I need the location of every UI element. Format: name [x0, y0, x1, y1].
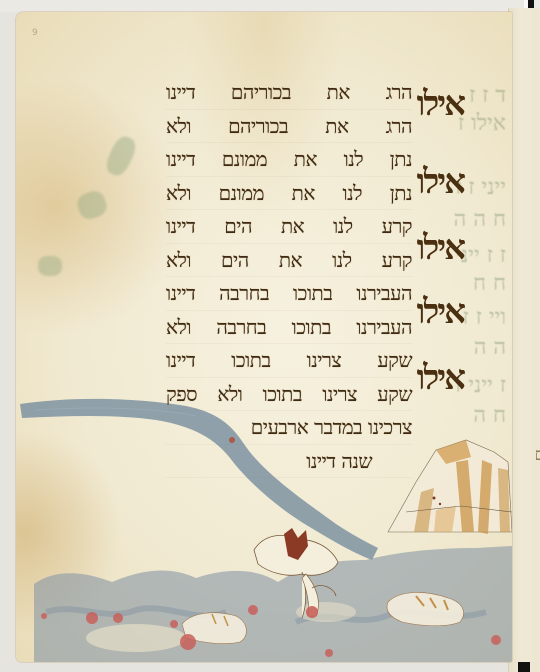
- adjacent-page-text: עיר מרא יי שרת מצו ברם שרם ושם מקה אלהם: [513, 64, 540, 472]
- ilu-word: אילו: [417, 162, 464, 202]
- text-line: שקע צרינו בתוכו דיינו: [166, 344, 412, 378]
- text-line: הרג את בכוריהם דיינו: [166, 76, 412, 110]
- text-line: נתן לנו את ממונם ולא: [166, 177, 412, 211]
- adjacent-page-edge: עיר מרא יי שרת מצו ברם שרם ושם מקה אלהם: [508, 8, 540, 672]
- top-edge: [0, 0, 540, 12]
- adjacent-line: שרת: [513, 166, 540, 200]
- text-line: שקע צרינו בתוכו ולא ספק: [166, 378, 412, 412]
- text-line: נתן לנו את ממונם דיינו: [166, 143, 412, 177]
- adjacent-line: מרא: [513, 98, 540, 132]
- text-line: צרכינו במדבר ארבעים: [166, 411, 412, 445]
- text-line: קרע לנו את הים ולא: [166, 244, 412, 278]
- text-line: שנה דיינו: [166, 445, 412, 479]
- adjacent-line: [513, 200, 540, 234]
- adjacent-line: עיר: [513, 64, 540, 98]
- adjacent-line: מקה: [513, 404, 540, 438]
- text-line: קרע לנו את הים דיינו: [166, 210, 412, 244]
- adjacent-line: יי: [513, 132, 540, 166]
- text-line: הרג את בכוריהם ולא: [166, 110, 412, 144]
- adjacent-line: אלהם: [513, 438, 540, 472]
- ilu-word: אילו: [417, 228, 464, 268]
- adjacent-line: שרם: [513, 336, 540, 370]
- edge-marker-dark: [518, 662, 530, 672]
- image-viewer: עיר מרא יי שרת מצו ברם שרם ושם מקה אלהם …: [0, 0, 540, 672]
- text-line: העבירנו בתוכו בחרבה דיינו: [166, 277, 412, 311]
- ilu-word: אילו: [417, 292, 464, 332]
- dayenu-text: הרג את בכוריהם דיינו הרג את בכוריהם ולא …: [166, 76, 412, 478]
- adjacent-line: מצו: [513, 234, 540, 268]
- adjacent-line: [513, 268, 540, 302]
- adjacent-line: ברם: [513, 302, 540, 336]
- text-line: העבירנו בתוכו בחרבה ולא: [166, 311, 412, 345]
- adjacent-line: ושם: [513, 370, 540, 404]
- ilu-word: אילו: [417, 358, 464, 398]
- manuscript-folio: 9 ד ז ז אילו ז ייני ז ז ח ה ה ז ז ייני ח…: [16, 12, 512, 662]
- ilu-word: אילו: [417, 84, 464, 124]
